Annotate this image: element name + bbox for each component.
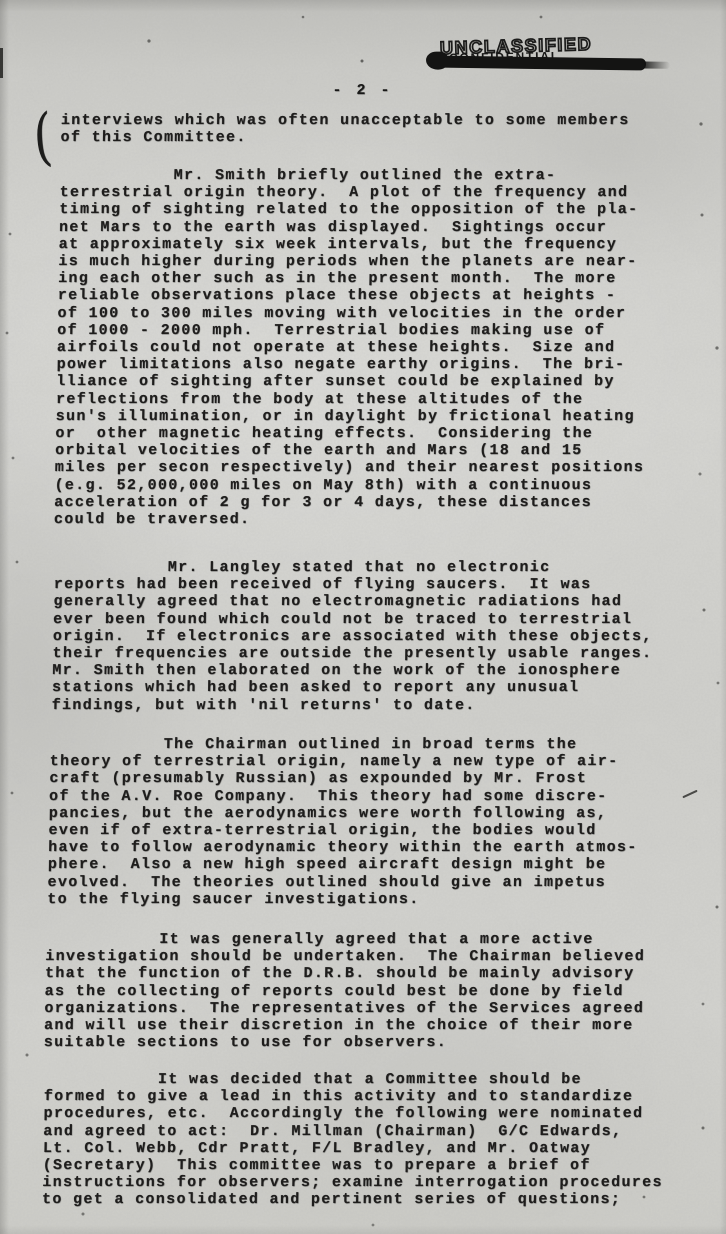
paragraph-chairman-terrestrial-origin: The Chairman outlined in broad terms the… <box>47 736 639 908</box>
paragraph-extraterrestrial-origin-theory: Mr. Smith briefly outlined the extra- te… <box>54 167 650 528</box>
margin-bracket-annotation: ( <box>31 99 54 173</box>
paragraph-langley-electronic-reports: Mr. Langley stated that no electronic re… <box>52 559 655 714</box>
typewritten-text-layer: - 2 - ( interviews which was often unacc… <box>0 0 726 1234</box>
left-edge-scan-mark <box>0 48 3 78</box>
intro-paragraph: interviews which was often unacceptable … <box>60 112 629 146</box>
paragraph-committee-formation: It was decided that a Committee should b… <box>42 1071 665 1209</box>
paragraph-active-investigation: It was generally agreed that a more acti… <box>44 931 646 1051</box>
page-number: - 2 - <box>332 82 392 99</box>
scanned-document-page: UNCLASSIFIED CONFIDENTIAL - 2 - ( interv… <box>0 0 726 1234</box>
